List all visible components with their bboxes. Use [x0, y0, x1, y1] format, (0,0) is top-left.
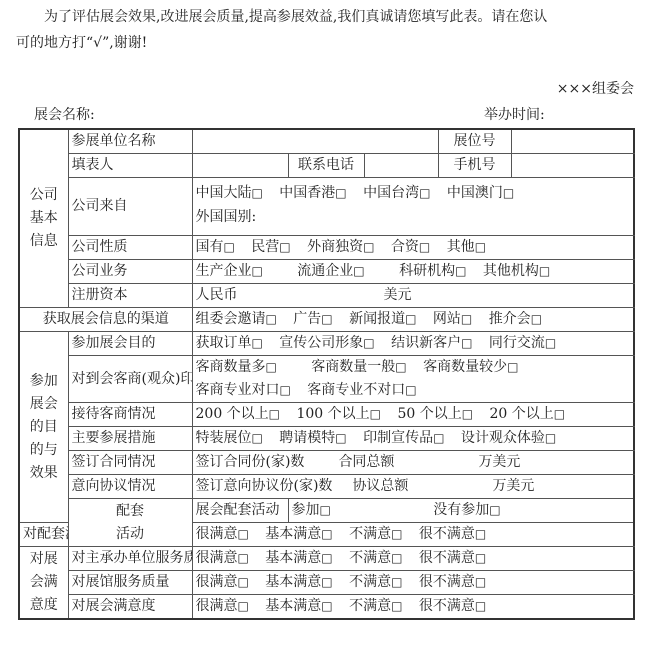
checkbox-icon: □: [419, 240, 430, 254]
row-organizer-service: 对展会满意度 对主承办单位服务质量 很满意□ 基本满意□ 不满意□ 很不满意□: [19, 547, 634, 571]
intent-label: 意向协议情况: [68, 475, 192, 499]
row-reception: 接待客商情况 200 个以上□ 100 个以上□ 50 个以上□ 20 个以上□: [19, 403, 634, 427]
contract-fields: 签订合同份(家)数合同总额万美元: [192, 451, 634, 475]
option-nature-state[interactable]: 国有□: [196, 239, 235, 255]
checkbox-icon: □: [391, 527, 402, 541]
option-business-research[interactable]: 科研机构□: [399, 263, 466, 279]
activity-options: 参加□ 没有参加□: [288, 499, 634, 523]
checkbox-icon: □: [462, 407, 473, 421]
origin-options: 中国大陆□ 中国香港□ 中国台湾□ 中国澳门□ 外国国别:: [192, 178, 634, 236]
option-channel-website[interactable]: 网站□: [433, 311, 472, 327]
organizer-service-options: 很满意□ 基本满意□ 不满意□ 很不满意□: [192, 547, 634, 571]
checkbox-icon: □: [321, 312, 332, 326]
activity-feeling-options: 很满意□ 基本满意□ 不满意□ 很不满意□: [192, 523, 634, 547]
checkbox-icon: □: [238, 527, 249, 541]
checkbox-icon: □: [391, 599, 402, 613]
capital-rmb-field[interactable]: 人民币: [196, 287, 238, 303]
hold-time-label[interactable]: 举办时间:: [484, 104, 545, 124]
category-basic-info: 公司基本信息: [19, 129, 68, 308]
row-activity: 配套活动 展会配套活动 参加□ 没有参加□: [19, 499, 634, 523]
checkbox-icon: □: [238, 575, 249, 589]
organizer-service-label: 对主承办单位服务质量: [68, 547, 192, 571]
checkbox-icon: □: [391, 551, 402, 565]
contract-total-field[interactable]: 合同总额: [338, 454, 394, 470]
survey-form-table: 公司基本信息 参展单位名称 展位号 填表人 联系电话 手机号 公司来自 中国大陆…: [18, 128, 635, 620]
checkbox-icon: □: [531, 312, 542, 326]
checkbox-icon: □: [279, 240, 290, 254]
intro-line-1: 为了评估展会效果,改进展会质量,提高参展效益,我们真诚请您填写此表。请在您认: [16, 4, 636, 30]
option-impression-irrelevant[interactable]: 客商专业不对口□: [307, 382, 416, 398]
option-impression-average[interactable]: 客商数量一般□: [311, 359, 406, 375]
purpose-options: 获取订单□ 宣传公司形象□ 结识新客户□ 同行交流□: [192, 332, 634, 356]
checkbox-icon: □: [252, 186, 263, 200]
row-filler: 填表人 联系电话 手机号: [19, 154, 634, 178]
option-measures-booth[interactable]: 特装展位□: [196, 430, 263, 446]
option-very-satisfied[interactable]: 很满意□: [196, 550, 249, 566]
intent-count-field[interactable]: 签订意向协议份(家)数: [196, 478, 333, 494]
checkbox-icon: □: [405, 312, 416, 326]
option-nature-private[interactable]: 民营□: [251, 239, 290, 255]
checkbox-icon: □: [461, 312, 472, 326]
checkbox-icon: □: [252, 264, 263, 278]
mobile-field[interactable]: [511, 154, 634, 178]
checkbox-icon: □: [370, 407, 381, 421]
row-overall-satisfaction: 对展会满意度 很满意□ 基本满意□ 不满意□ 很不满意□: [19, 595, 634, 620]
checkbox-icon: □: [335, 431, 346, 445]
checkbox-icon: □: [321, 599, 332, 613]
checkbox-icon: □: [363, 336, 374, 350]
origin-foreign-field[interactable]: 外国国别:: [196, 205, 631, 229]
nature-label: 公司性质: [68, 236, 192, 260]
checkbox-icon: □: [554, 407, 565, 421]
checkbox-icon: □: [545, 336, 556, 350]
option-origin-hongkong[interactable]: 中国香港□: [279, 185, 346, 201]
row-contract: 签订合同情况 签订合同份(家)数合同总额万美元: [19, 451, 634, 475]
option-purpose-image[interactable]: 宣传公司形象□: [279, 335, 374, 351]
checkbox-icon: □: [238, 599, 249, 613]
option-activity-joined[interactable]: 参加□: [292, 502, 331, 518]
option-channel-invite[interactable]: 组委会邀请□: [196, 311, 277, 327]
option-origin-taiwan[interactable]: 中国台湾□: [363, 185, 430, 201]
nature-options: 国有□ 民营□ 外商独资□ 合资□ 其他□: [192, 236, 634, 260]
option-impression-few[interactable]: 客商数量较少□: [423, 359, 518, 375]
checkbox-icon: □: [405, 383, 416, 397]
checkbox-icon: □: [280, 383, 291, 397]
option-nature-other[interactable]: 其他□: [447, 239, 486, 255]
option-business-trade[interactable]: 流通企业□: [297, 263, 364, 279]
impression-label: 对到会客商(观众)印象: [68, 356, 192, 403]
option-purpose-clients[interactable]: 结识新客户□: [391, 335, 472, 351]
checkbox-icon: □: [461, 336, 472, 350]
origin-label: 公司来自: [68, 178, 192, 236]
checkbox-icon: □: [419, 186, 430, 200]
overall-satisfaction-label: 对展会满意度: [68, 595, 192, 620]
option-dissatisfied[interactable]: 不满意□: [349, 598, 402, 614]
checkbox-icon: □: [475, 551, 486, 565]
checkbox-icon: □: [353, 264, 364, 278]
option-very-satisfied[interactable]: 很满意□: [196, 598, 249, 614]
option-basically-satisfied[interactable]: 基本满意□: [265, 550, 332, 566]
option-origin-mainland[interactable]: 中国大陆□: [196, 185, 263, 201]
organizer-signature: ×××组委会: [557, 78, 634, 98]
checkbox-icon: □: [475, 599, 486, 613]
checkbox-icon: □: [252, 431, 263, 445]
phone-field[interactable]: [364, 154, 438, 178]
option-purpose-orders[interactable]: 获取订单□: [196, 335, 263, 351]
booth-no-field[interactable]: [511, 129, 634, 154]
venue-service-options: 很满意□ 基本满意□ 不满意□ 很不满意□: [192, 571, 634, 595]
row-origin: 公司来自 中国大陆□ 中国香港□ 中国台湾□ 中国澳门□ 外国国别:: [19, 178, 634, 236]
checkbox-icon: □: [321, 551, 332, 565]
checkbox-icon: □: [269, 407, 280, 421]
option-very-dissatisfied[interactable]: 很不满意□: [419, 598, 486, 614]
checkbox-icon: □: [475, 527, 486, 541]
option-measures-experience[interactable]: 设计观众体验□: [461, 430, 556, 446]
checkbox-icon: □: [321, 527, 332, 541]
checkbox-icon: □: [475, 575, 486, 589]
intro-text: 为了评估展会效果,改进展会质量,提高参展效益,我们真诚请您填写此表。请在您认 可…: [16, 4, 636, 56]
exhibitor-name-label: 参展单位名称: [68, 129, 192, 154]
checkbox-icon: □: [266, 312, 277, 326]
measures-options: 特装展位□ 聘请模特□ 印制宣传品□ 设计观众体验□: [192, 427, 634, 451]
option-very-dissatisfied[interactable]: 很不满意□: [419, 574, 486, 590]
capital-usd-field[interactable]: 美元: [384, 287, 412, 303]
row-purpose: 参加展会的目的与效果 参加展会目的 获取订单□ 宣传公司形象□ 结识新客户□ 同…: [19, 332, 634, 356]
option-reception-20[interactable]: 20 个以上□: [490, 406, 566, 422]
option-measures-print[interactable]: 印制宣传品□: [363, 430, 444, 446]
intent-total-field[interactable]: 协议总额: [352, 478, 408, 494]
venue-service-label: 对展馆服务质量: [68, 571, 192, 595]
checkbox-icon: □: [320, 503, 331, 517]
option-purpose-peers[interactable]: 同行交流□: [489, 335, 556, 351]
filler-label: 填表人: [68, 154, 192, 178]
capital-fields: 人民币美元: [192, 284, 634, 308]
checkbox-icon: □: [238, 551, 249, 565]
overall-satisfaction-options: 很满意□ 基本满意□ 不满意□ 很不满意□: [192, 595, 634, 620]
purpose-label: 参加展会目的: [68, 332, 192, 356]
row-business: 公司业务 生产企业□ 流通企业□ 科研机构□ 其他机构□: [19, 260, 634, 284]
option-measures-models[interactable]: 聘请模特□: [279, 430, 346, 446]
option-basically-satisfied[interactable]: 基本满意□: [265, 526, 332, 542]
row-capital: 注册资本 人民币美元: [19, 284, 634, 308]
row-measures: 主要参展措施 特装展位□ 聘请模特□ 印制宣传品□ 设计观众体验□: [19, 427, 634, 451]
reception-label: 接待客商情况: [68, 403, 192, 427]
option-very-satisfied[interactable]: 很满意□: [196, 574, 249, 590]
option-very-dissatisfied[interactable]: 很不满意□: [419, 550, 486, 566]
checkbox-icon: □: [455, 264, 466, 278]
checkbox-icon: □: [507, 360, 518, 374]
option-basically-satisfied[interactable]: 基本满意□: [265, 574, 332, 590]
info-channel-label: 获取展会信息的渠道: [19, 308, 192, 332]
option-very-dissatisfied[interactable]: 很不满意□: [419, 526, 486, 542]
phone-label: 联系电话: [288, 154, 364, 178]
category-satisfaction: 对展会满意度: [19, 547, 68, 620]
option-reception-200[interactable]: 200 个以上□: [196, 406, 281, 422]
row-venue-service: 对展馆服务质量 很满意□ 基本满意□ 不满意□ 很不满意□: [19, 571, 634, 595]
option-impression-relevant[interactable]: 客商专业对口□: [196, 382, 291, 398]
option-basically-satisfied[interactable]: 基本满意□: [265, 598, 332, 614]
intro-line-2: 可的地方打“√”,谢谢!: [16, 30, 636, 56]
contract-count-field[interactable]: 签订合同份(家)数: [196, 454, 305, 470]
booth-no-label: 展位号: [438, 129, 511, 154]
option-channel-promo[interactable]: 推介会□: [489, 311, 542, 327]
row-impression: 对到会客商(观众)印象 客商数量多□ 客商数量一般□ 客商数量较少□ 客商专业对…: [19, 356, 634, 403]
contract-unit: 万美元: [478, 454, 520, 470]
option-nature-jv[interactable]: 合资□: [391, 239, 430, 255]
checkbox-icon: □: [545, 431, 556, 445]
checkbox-icon: □: [252, 336, 263, 350]
exhibition-name-label[interactable]: 展会名称:: [34, 104, 95, 124]
activity-feeling-label: 对配套活动感到: [19, 523, 68, 547]
option-nature-foreign[interactable]: 外商独资□: [307, 239, 374, 255]
checkbox-icon: □: [503, 186, 514, 200]
option-business-production[interactable]: 生产企业□: [196, 263, 263, 279]
option-activity-not-joined[interactable]: 没有参加□: [433, 502, 500, 518]
impression-options: 客商数量多□ 客商数量一般□ 客商数量较少□ 客商专业对口□ 客商专业不对口□: [192, 356, 634, 403]
measures-label: 主要参展措施: [68, 427, 192, 451]
option-channel-ad[interactable]: 广告□: [293, 311, 332, 327]
option-reception-50[interactable]: 50 个以上□: [397, 406, 473, 422]
checkbox-icon: □: [489, 503, 500, 517]
checkbox-icon: □: [391, 575, 402, 589]
exhibitor-name-field[interactable]: [192, 129, 438, 154]
row-intent: 意向协议情况 签订意向协议份(家)数协议总额万美元: [19, 475, 634, 499]
row-exhibitor-name: 公司基本信息 参展单位名称 展位号: [19, 129, 634, 154]
checkbox-icon: □: [433, 431, 444, 445]
reception-options: 200 个以上□ 100 个以上□ 50 个以上□ 20 个以上□: [192, 403, 634, 427]
business-label: 公司业务: [68, 260, 192, 284]
option-dissatisfied[interactable]: 不满意□: [349, 550, 402, 566]
capital-label: 注册资本: [68, 284, 192, 308]
checkbox-icon: □: [363, 240, 374, 254]
intent-fields: 签订意向协议份(家)数协议总额万美元: [192, 475, 634, 499]
contract-label: 签订合同情况: [68, 451, 192, 475]
checkbox-icon: □: [395, 360, 406, 374]
option-origin-macau[interactable]: 中国澳门□: [447, 185, 514, 201]
option-very-satisfied[interactable]: 很满意□: [196, 526, 249, 542]
activity-label: 展会配套活动: [192, 499, 288, 523]
option-business-other[interactable]: 其他机构□: [483, 263, 550, 279]
checkbox-icon: □: [539, 264, 550, 278]
checkbox-icon: □: [475, 240, 486, 254]
option-impression-many[interactable]: 客商数量多□: [196, 359, 277, 375]
row-nature: 公司性质 国有□ 民营□ 外商独资□ 合资□ 其他□: [19, 236, 634, 260]
intent-unit: 万美元: [492, 478, 534, 494]
option-reception-100[interactable]: 100 个以上□: [296, 406, 381, 422]
category-support-activities: 配套活动: [68, 499, 192, 547]
checkbox-icon: □: [321, 575, 332, 589]
option-dissatisfied[interactable]: 不满意□: [349, 574, 402, 590]
checkbox-icon: □: [224, 240, 235, 254]
filler-field[interactable]: [192, 154, 288, 178]
business-options: 生产企业□ 流通企业□ 科研机构□ 其他机构□: [192, 260, 634, 284]
option-dissatisfied[interactable]: 不满意□: [349, 526, 402, 542]
option-channel-news[interactable]: 新闻报道□: [349, 311, 416, 327]
checkbox-icon: □: [266, 360, 277, 374]
checkbox-icon: □: [335, 186, 346, 200]
mobile-label: 手机号: [438, 154, 511, 178]
info-channel-options: 组委会邀请□ 广告□ 新闻报道□ 网站□ 推介会□: [192, 308, 634, 332]
category-purpose-effect: 参加展会的目的与效果: [19, 332, 68, 523]
row-info-channel: 获取展会信息的渠道 组委会邀请□ 广告□ 新闻报道□ 网站□ 推介会□: [19, 308, 634, 332]
